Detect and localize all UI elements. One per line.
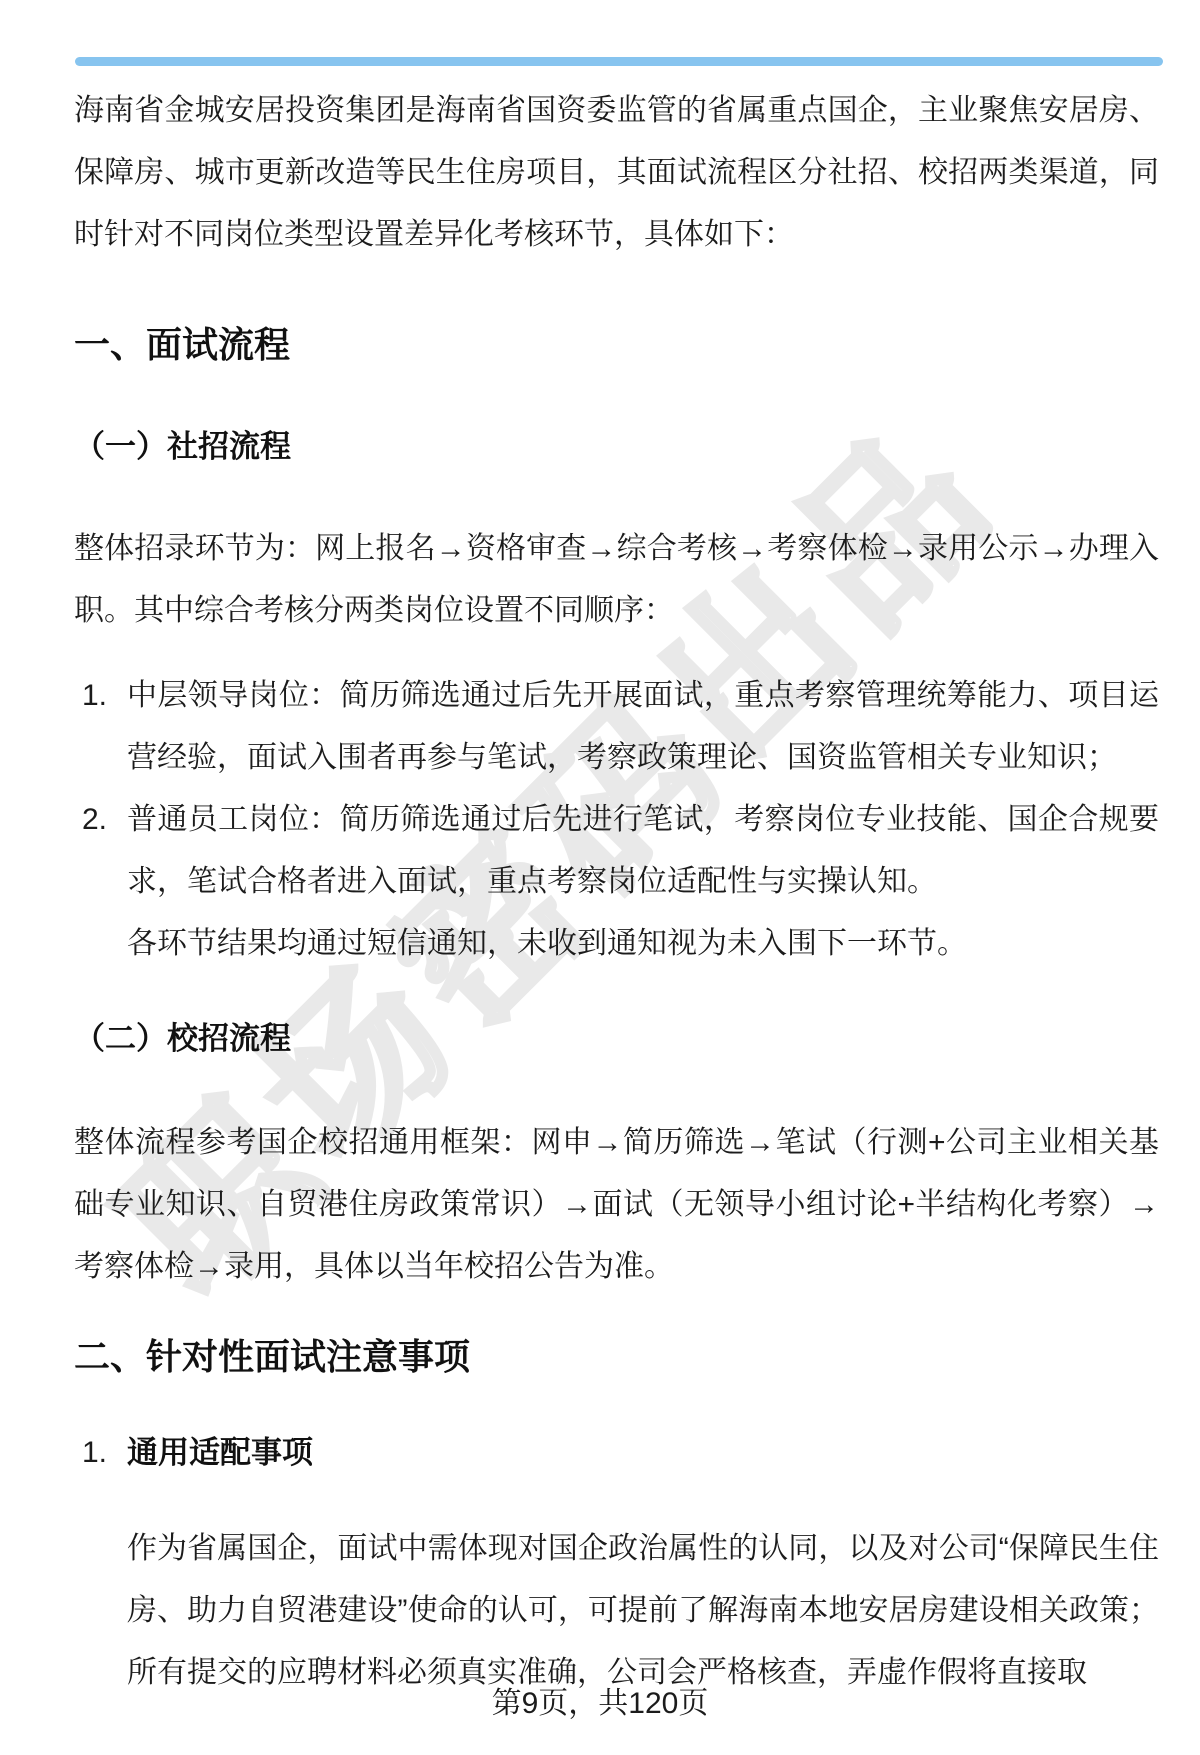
list-item-text: 普通员工岗位：简历筛选通过后先进行笔试，考察岗位专业技能、国企合规要求，笔试合格… — [127, 789, 1159, 975]
social-recruit-paragraph: 整体招录环节为：网上报名→资格审查→综合考核→考察体检→录用公示→办理入职。其中… — [74, 518, 1159, 642]
section1-sub1-heading: （一）社招流程 — [74, 425, 1159, 469]
top-accent-rule — [75, 57, 1163, 66]
page-number-footer: 第9页，共120页 — [0, 1684, 1200, 1724]
campus-recruit-paragraph: 整体流程参考国企校招通用框架：网申→简历筛选→笔试（行测+公司主业相关基础专业知… — [74, 1112, 1159, 1298]
list-item-number: 2. — [74, 789, 127, 975]
list-item-number: 1. — [74, 665, 127, 789]
section2-heading: 二、针对性面试注意事项 — [74, 1333, 1159, 1381]
intro-paragraph: 海南省金城安居投资集团是海南省国资委监管的省属重点国企，主业聚焦安居房、保障房、… — [74, 80, 1159, 266]
section1-heading: 一、面试流程 — [74, 321, 1159, 369]
section1-sub2-heading: （二）校招流程 — [74, 1017, 1159, 1061]
item-number: 1. — [74, 1431, 127, 1475]
document-page: 职场密码出品 海南省金城安居投资集团是海南省国资委监管的省属重点国企，主业聚焦安… — [0, 0, 1200, 1755]
item-label: 通用适配事项 — [127, 1431, 313, 1475]
social-recruit-list: 1. 中层领导岗位：简历筛选通过后先开展面试，重点考察管理统筹能力、项目运营经验… — [74, 665, 1159, 975]
general-notes-paragraph: 作为省属国企，面试中需体现对国企政治属性的认同，以及对公司“保障民生住房、助力自… — [127, 1518, 1159, 1704]
list-item: 2. 普通员工岗位：简历筛选通过后先进行笔试，考察岗位专业技能、国企合规要求，笔… — [74, 789, 1159, 975]
list-item-main-text: 普通员工岗位：简历筛选通过后先进行笔试，考察岗位专业技能、国企合规要求，笔试合格… — [127, 789, 1159, 913]
section2-item-header: 1. 通用适配事项 — [74, 1431, 1159, 1475]
list-item-note: 各环节结果均通过短信通知，未收到通知视为未入围下一环节。 — [127, 913, 1159, 975]
list-item: 1. 中层领导岗位：简历筛选通过后先开展面试，重点考察管理统筹能力、项目运营经验… — [74, 665, 1159, 789]
document-body: 海南省金城安居投资集团是海南省国资委监管的省属重点国企，主业聚焦安居房、保障房、… — [74, 0, 1159, 1704]
list-item-text: 中层领导岗位：简历筛选通过后先开展面试，重点考察管理统筹能力、项目运营经验，面试… — [127, 665, 1159, 789]
